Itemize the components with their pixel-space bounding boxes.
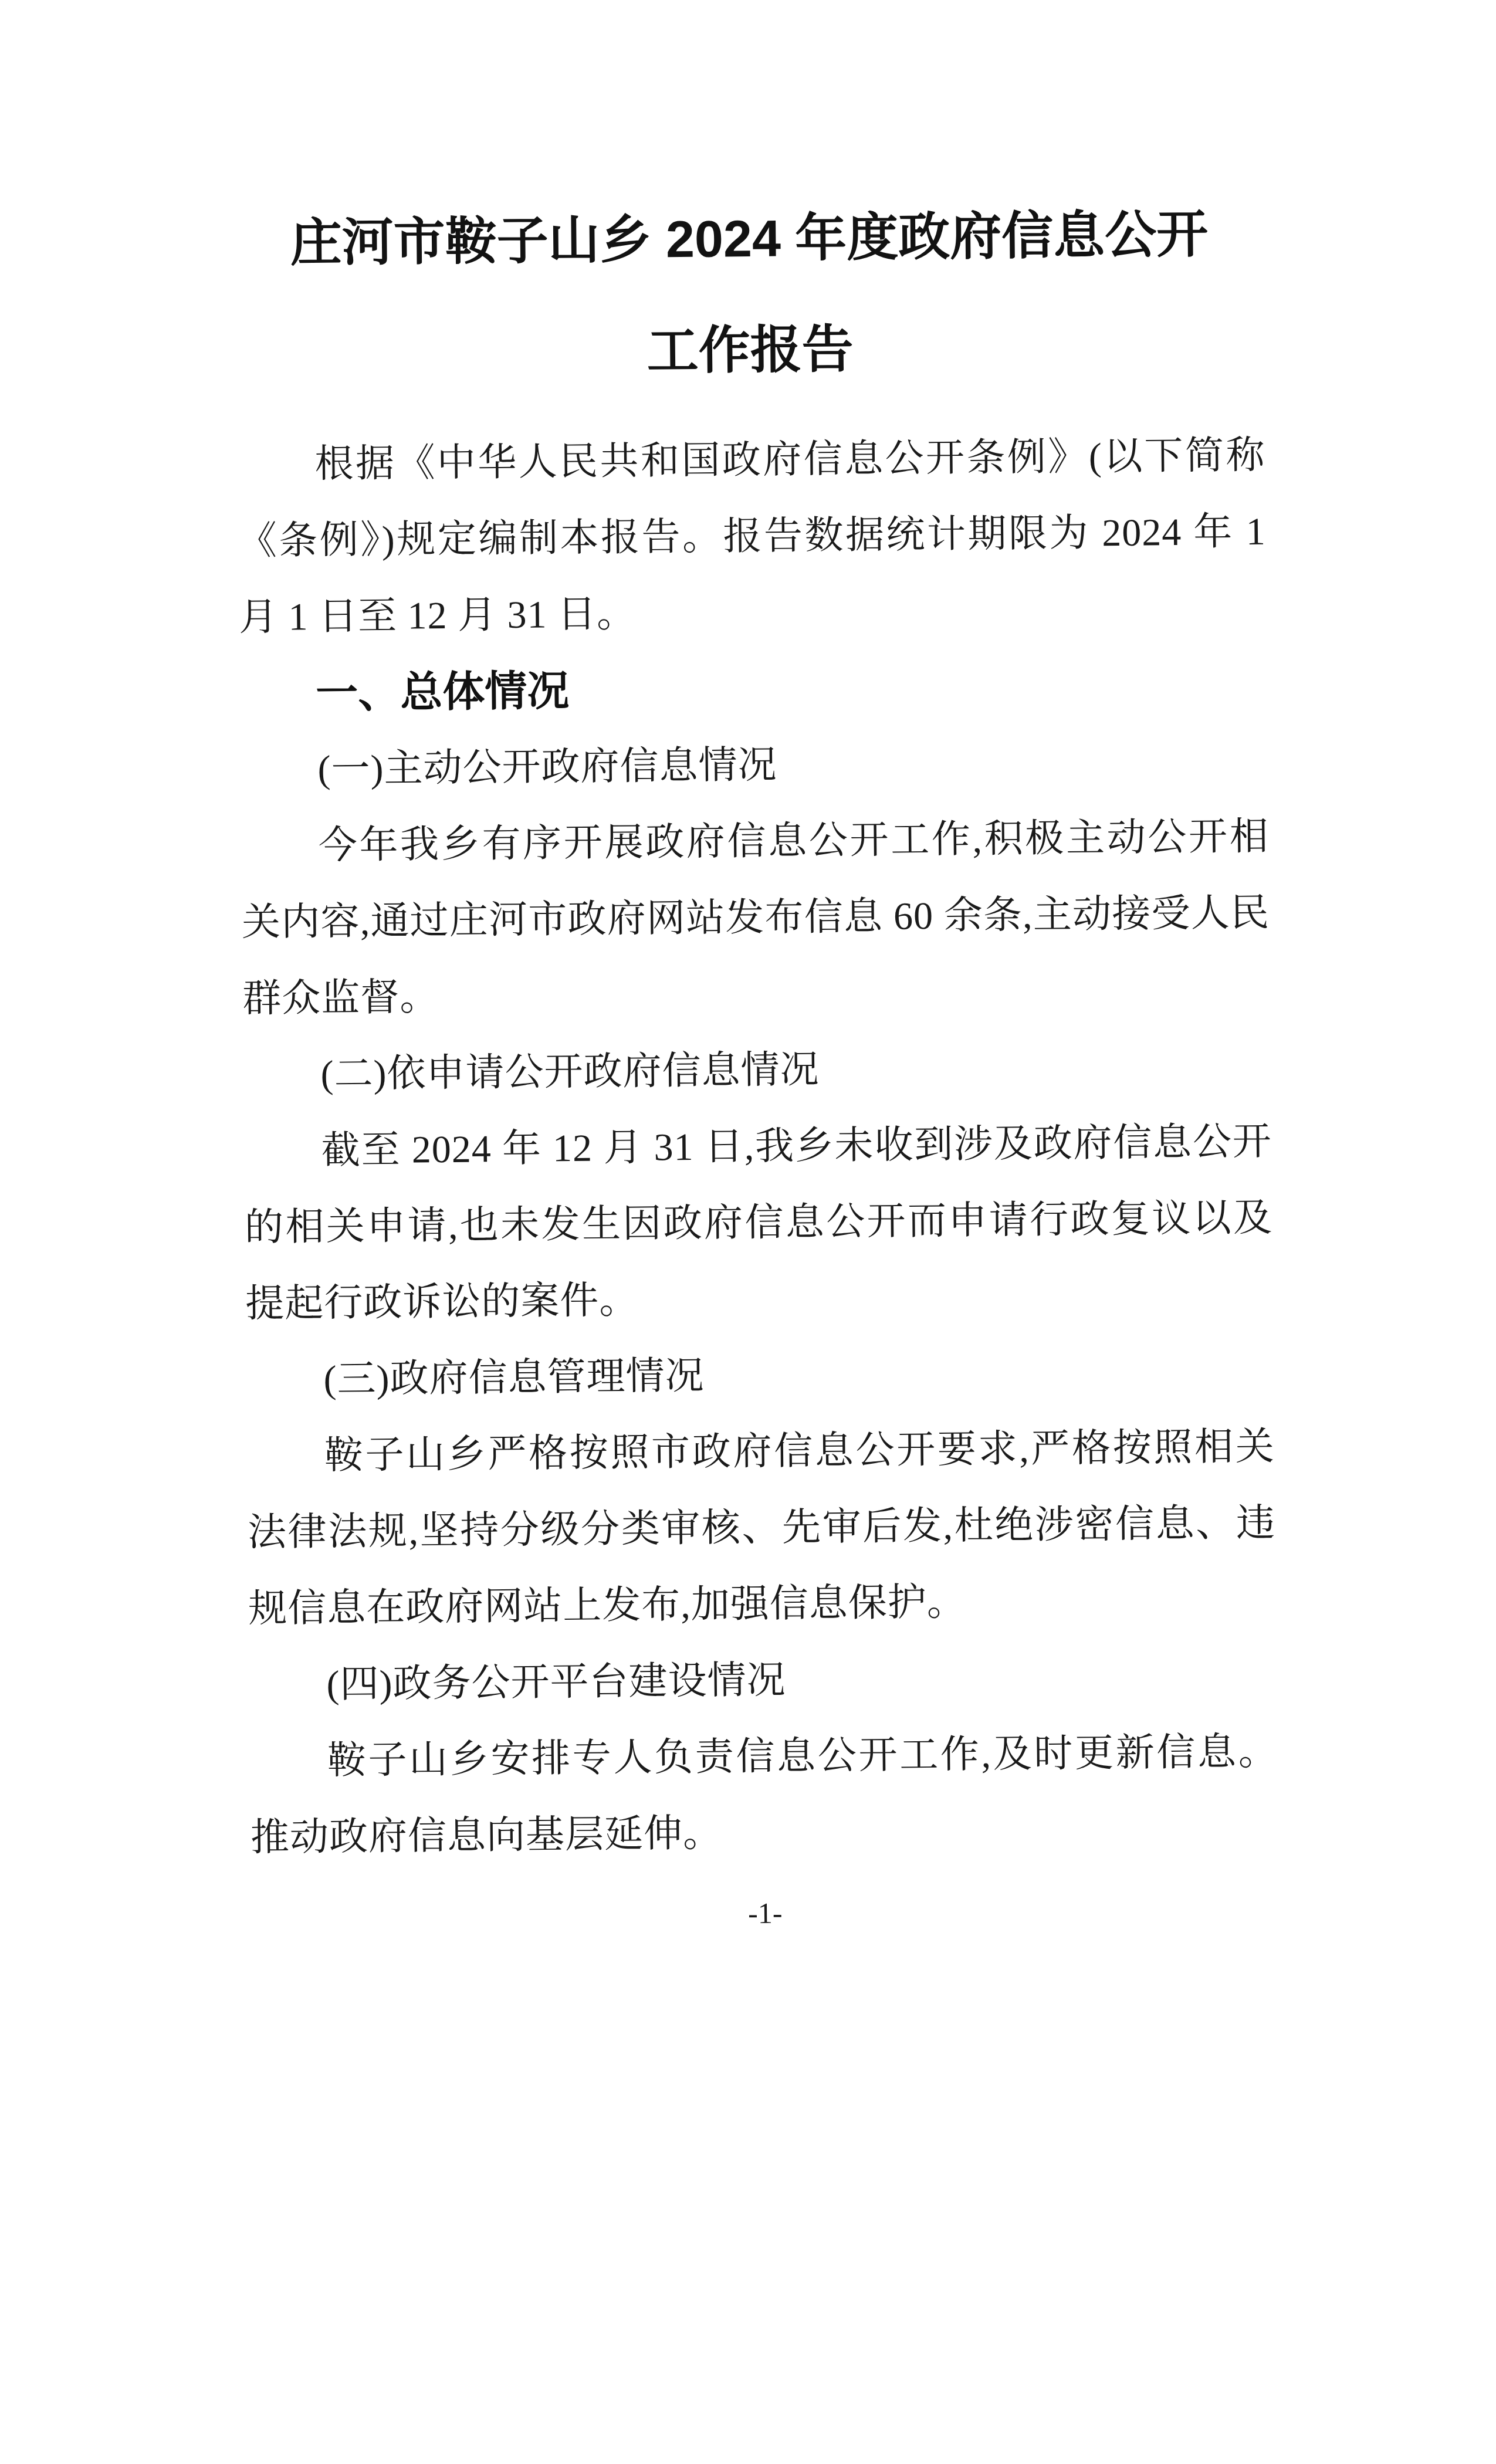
subsection-heading-disclosure-upon-request: (二)依申请公开政府信息情况 [243,1028,1271,1114]
subsection-heading-information-management: (三)政府信息管理情况 [246,1333,1274,1419]
paragraph-disclosure-upon-request: 截至 2024 年 12 月 31 日,我乡未收到涉及政府信息公开的相关申请,也… [243,1104,1274,1343]
paragraph-platform-construction: 鞍子山乡安排专人负责信息公开工作,及时更新信息。推动政府信息向基层延伸。 [249,1714,1278,1876]
section-heading-overall-situation: 一、总体情况 [239,647,1268,733]
subsection-heading-proactive-disclosure: (一)主动公开政府信息情况 [240,723,1268,809]
page-number: -1- [251,1870,1280,1956]
paragraph-proactive-disclosure: 今年我乡有序开展政府信息公开工作,积极主动公开相关内容,通过庄河市政府网站发布信… [241,799,1271,1038]
intro-paragraph: 根据《中华人民共和国政府信息公开条例》(以下简称《条例》)规定编制本报告。报告数… [237,418,1267,656]
document-content: 庄河市鞍子山乡 2024 年度政府信息公开 工作报告 根据《中华人民共和国政府信… [235,178,1280,1957]
document-title: 庄河市鞍子山乡 2024 年度政府信息公开 工作报告 [235,178,1265,411]
subsection-heading-platform-construction: (四)政务公开平台建设情况 [249,1637,1277,1724]
document-page: 庄河市鞍子山乡 2024 年度政府信息公开 工作报告 根据《中华人民共和国政府信… [0,0,1496,2464]
document-title-line-2: 工作报告 [236,290,1265,411]
document-title-line-1: 庄河市鞍子山乡 2024 年度政府信息公开 [235,178,1264,300]
paragraph-information-management: 鞍子山乡严格按照市政府信息公开要求,严格按照相关法律法规,坚持分级分类审核、先审… [246,1409,1277,1647]
